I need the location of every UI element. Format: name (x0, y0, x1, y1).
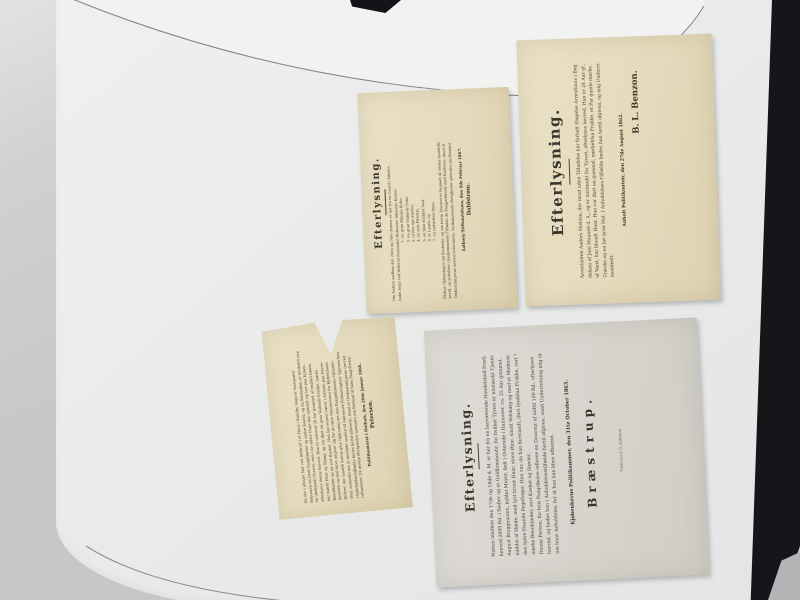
document-braestrup-content: Efterlysning. Natten imellem den 17de og… (424, 317, 709, 587)
document-aalborg-content: Efterlysning. Om Natten mellem den 2den … (357, 87, 517, 314)
document-heading: Efterlysning. (455, 357, 480, 558)
document-body: Natten imellem den 17de og 18de d. M. er… (481, 353, 563, 557)
document-petersen-notice: Da der i afvigte Nat ved Indbrud i et Hu… (261, 315, 413, 520)
document-body: Arrestanten Anders Nielsen, der imod ude… (572, 63, 617, 278)
document-dateline: Kjøbenhavns Politikammer, den 31te Octob… (562, 352, 578, 553)
document-heading: Efterlysning. (543, 65, 568, 279)
printer-imprint: Trykt hos J. G. Salomon. (614, 349, 628, 550)
document-dateline: Anholt Politikontoir, den 27de August 18… (617, 63, 629, 277)
photo-background: Efterlysning. Om Natten mellem den 2den … (0, 0, 800, 600)
document-body: Da der i afvigte Nat ved Indbrud i et Hu… (288, 333, 367, 503)
heading-rule (569, 159, 571, 185)
document-signature: Bræstrup. (578, 351, 602, 552)
document-braestrup-notice: Efterlysning. Natten imellem den 17de og… (424, 317, 709, 587)
document-signature: B. L. Benzon. (629, 62, 646, 276)
document-aalborg-notice: Efterlysning. Om Natten mellem den 2den … (357, 87, 517, 314)
document-petersen-content: Da der i afvigte Nat ved Indbrud i et Hu… (261, 315, 413, 520)
heading-rule (385, 190, 387, 216)
heading-rule (477, 444, 479, 470)
document-benzon-content: Efterlysning. Arrestanten Anders Nielsen… (516, 34, 720, 307)
document-benzon-notice: Efterlysning. Arrestanten Anders Nielsen… (516, 34, 720, 307)
